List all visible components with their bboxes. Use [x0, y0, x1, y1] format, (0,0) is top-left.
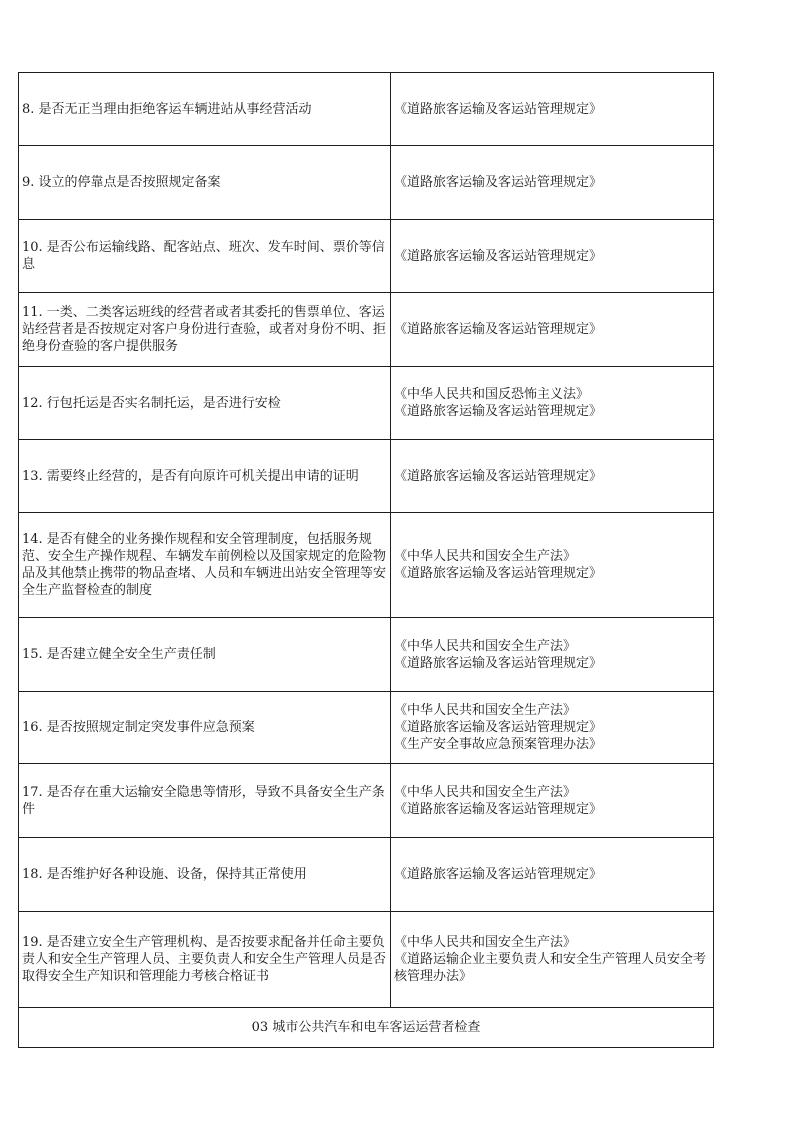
inspection-item-cell: 14. 是否有健全的业务操作规程和安全管理制度，包括服务规范、安全生产操作规程、…	[19, 513, 391, 618]
legal-basis-citation: 《中华人民共和国安全生产法》	[394, 548, 710, 565]
legal-basis-citation: 《道路旅客运输及客运站管理规定》	[394, 565, 710, 582]
legal-basis-cell: 《道路旅客运输及客运站管理规定》	[391, 440, 714, 513]
inspection-table-body: 8. 是否无正当理由拒绝客运车辆进站从事经营活动 《道路旅客运输及客运站管理规定…	[19, 73, 714, 1048]
legal-basis-citation: 《中华人民共和国安全生产法》	[394, 702, 710, 719]
legal-basis-citation: 《生产安全事故应急预案管理办法》	[394, 736, 710, 753]
inspection-item-cell: 17. 是否存在重大运输安全隐患等情形，导致不具备安全生产条件	[19, 764, 391, 838]
legal-basis-citation: 《中华人民共和国安全生产法》	[394, 934, 710, 951]
legal-basis-cell: 《中华人民共和国安全生产法》《道路旅客运输及客运站管理规定》《生产安全事故应急预…	[391, 692, 714, 764]
legal-basis-citation: 《道路旅客运输及客运站管理规定》	[394, 866, 710, 883]
legal-basis-citation: 《道路旅客运输及客运站管理规定》	[394, 655, 710, 672]
inspection-item-cell: 16. 是否按照规定制定突发事件应急预案	[19, 692, 391, 764]
table-row: 11. 一类、二类客运班线的经营者或者其委托的售票单位、客运站经营者是否按规定对…	[19, 293, 714, 367]
legal-basis-cell: 《道路旅客运输及客运站管理规定》	[391, 293, 714, 367]
legal-basis-cell: 《道路旅客运输及客运站管理规定》	[391, 146, 714, 220]
table-row: 14. 是否有健全的业务操作规程和安全管理制度，包括服务规范、安全生产操作规程、…	[19, 513, 714, 618]
section-title: 03 城市公共汽车和电车客运运营者检查	[19, 1008, 714, 1048]
legal-basis-cell: 《中华人民共和国反恐怖主义法》《道路旅客运输及客运站管理规定》	[391, 367, 714, 440]
table-row: 12. 行包托运是否实名制托运，是否进行安检 《中华人民共和国反恐怖主义法》《道…	[19, 367, 714, 440]
inspection-item-cell: 15. 是否建立健全安全生产责任制	[19, 618, 391, 692]
inspection-item-cell: 8. 是否无正当理由拒绝客运车辆进站从事经营活动	[19, 73, 391, 146]
legal-basis-cell: 《中华人民共和国安全生产法》《道路旅客运输及客运站管理规定》	[391, 618, 714, 692]
legal-basis-cell: 《中华人民共和国安全生产法》《道路旅客运输及客运站管理规定》	[391, 513, 714, 618]
legal-basis-citation: 《道路旅客运输及客运站管理规定》	[394, 174, 710, 191]
section-footer-row: 03 城市公共汽车和电车客运运营者检查	[19, 1008, 714, 1048]
legal-basis-cell: 《道路旅客运输及客运站管理规定》	[391, 220, 714, 293]
inspection-item-cell: 11. 一类、二类客运班线的经营者或者其委托的售票单位、客运站经营者是否按规定对…	[19, 293, 391, 367]
inspection-table: 8. 是否无正当理由拒绝客运车辆进站从事经营活动 《道路旅客运输及客运站管理规定…	[18, 72, 714, 1048]
table-row: 16. 是否按照规定制定突发事件应急预案 《中华人民共和国安全生产法》《道路旅客…	[19, 692, 714, 764]
legal-basis-cell: 《中华人民共和国安全生产法》《道路运输企业主要负责人和安全生产管理人员安全考核管…	[391, 912, 714, 1008]
legal-basis-citation: 《道路旅客运输及客运站管理规定》	[394, 719, 710, 736]
legal-basis-citation: 《道路旅客运输及客运站管理规定》	[394, 248, 710, 265]
legal-basis-citation: 《中华人民共和国反恐怖主义法》	[394, 386, 710, 403]
legal-basis-cell: 《道路旅客运输及客运站管理规定》	[391, 73, 714, 146]
legal-basis-citation: 《道路运输企业主要负责人和安全生产管理人员安全考核管理办法》	[394, 951, 710, 985]
table-row: 13. 需要终止经营的，是否有向原许可机关提出申请的证明 《道路旅客运输及客运站…	[19, 440, 714, 513]
inspection-item-cell: 12. 行包托运是否实名制托运，是否进行安检	[19, 367, 391, 440]
legal-basis-citation: 《道路旅客运输及客运站管理规定》	[394, 101, 710, 118]
table-row: 19. 是否建立安全生产管理机构、是否按要求配备并任命主要负责人和安全生产管理人…	[19, 912, 714, 1008]
table-row: 15. 是否建立健全安全生产责任制 《中华人民共和国安全生产法》《道路旅客运输及…	[19, 618, 714, 692]
inspection-item-cell: 10. 是否公布运输线路、配客站点、班次、发车时间、票价等信息	[19, 220, 391, 293]
inspection-item-cell: 13. 需要终止经营的，是否有向原许可机关提出申请的证明	[19, 440, 391, 513]
table-row: 17. 是否存在重大运输安全隐患等情形，导致不具备安全生产条件 《中华人民共和国…	[19, 764, 714, 838]
legal-basis-citation: 《中华人民共和国安全生产法》	[394, 784, 710, 801]
legal-basis-cell: 《道路旅客运输及客运站管理规定》	[391, 838, 714, 912]
table-row: 8. 是否无正当理由拒绝客运车辆进站从事经营活动 《道路旅客运输及客运站管理规定…	[19, 73, 714, 146]
inspection-item-cell: 9. 设立的停靠点是否按照规定备案	[19, 146, 391, 220]
legal-basis-citation: 《道路旅客运输及客运站管理规定》	[394, 403, 710, 420]
legal-basis-citation: 《道路旅客运输及客运站管理规定》	[394, 468, 710, 485]
table-row: 9. 设立的停靠点是否按照规定备案 《道路旅客运输及客运站管理规定》	[19, 146, 714, 220]
inspection-item-cell: 18. 是否维护好各种设施、设备，保持其正常使用	[19, 838, 391, 912]
table-row: 10. 是否公布运输线路、配客站点、班次、发车时间、票价等信息 《道路旅客运输及…	[19, 220, 714, 293]
legal-basis-citation: 《中华人民共和国安全生产法》	[394, 638, 710, 655]
legal-basis-citation: 《道路旅客运输及客运站管理规定》	[394, 801, 710, 818]
table-row: 18. 是否维护好各种设施、设备，保持其正常使用 《道路旅客运输及客运站管理规定…	[19, 838, 714, 912]
legal-basis-cell: 《中华人民共和国安全生产法》《道路旅客运输及客运站管理规定》	[391, 764, 714, 838]
legal-basis-citation: 《道路旅客运输及客运站管理规定》	[394, 321, 710, 338]
inspection-item-cell: 19. 是否建立安全生产管理机构、是否按要求配备并任命主要负责人和安全生产管理人…	[19, 912, 391, 1008]
